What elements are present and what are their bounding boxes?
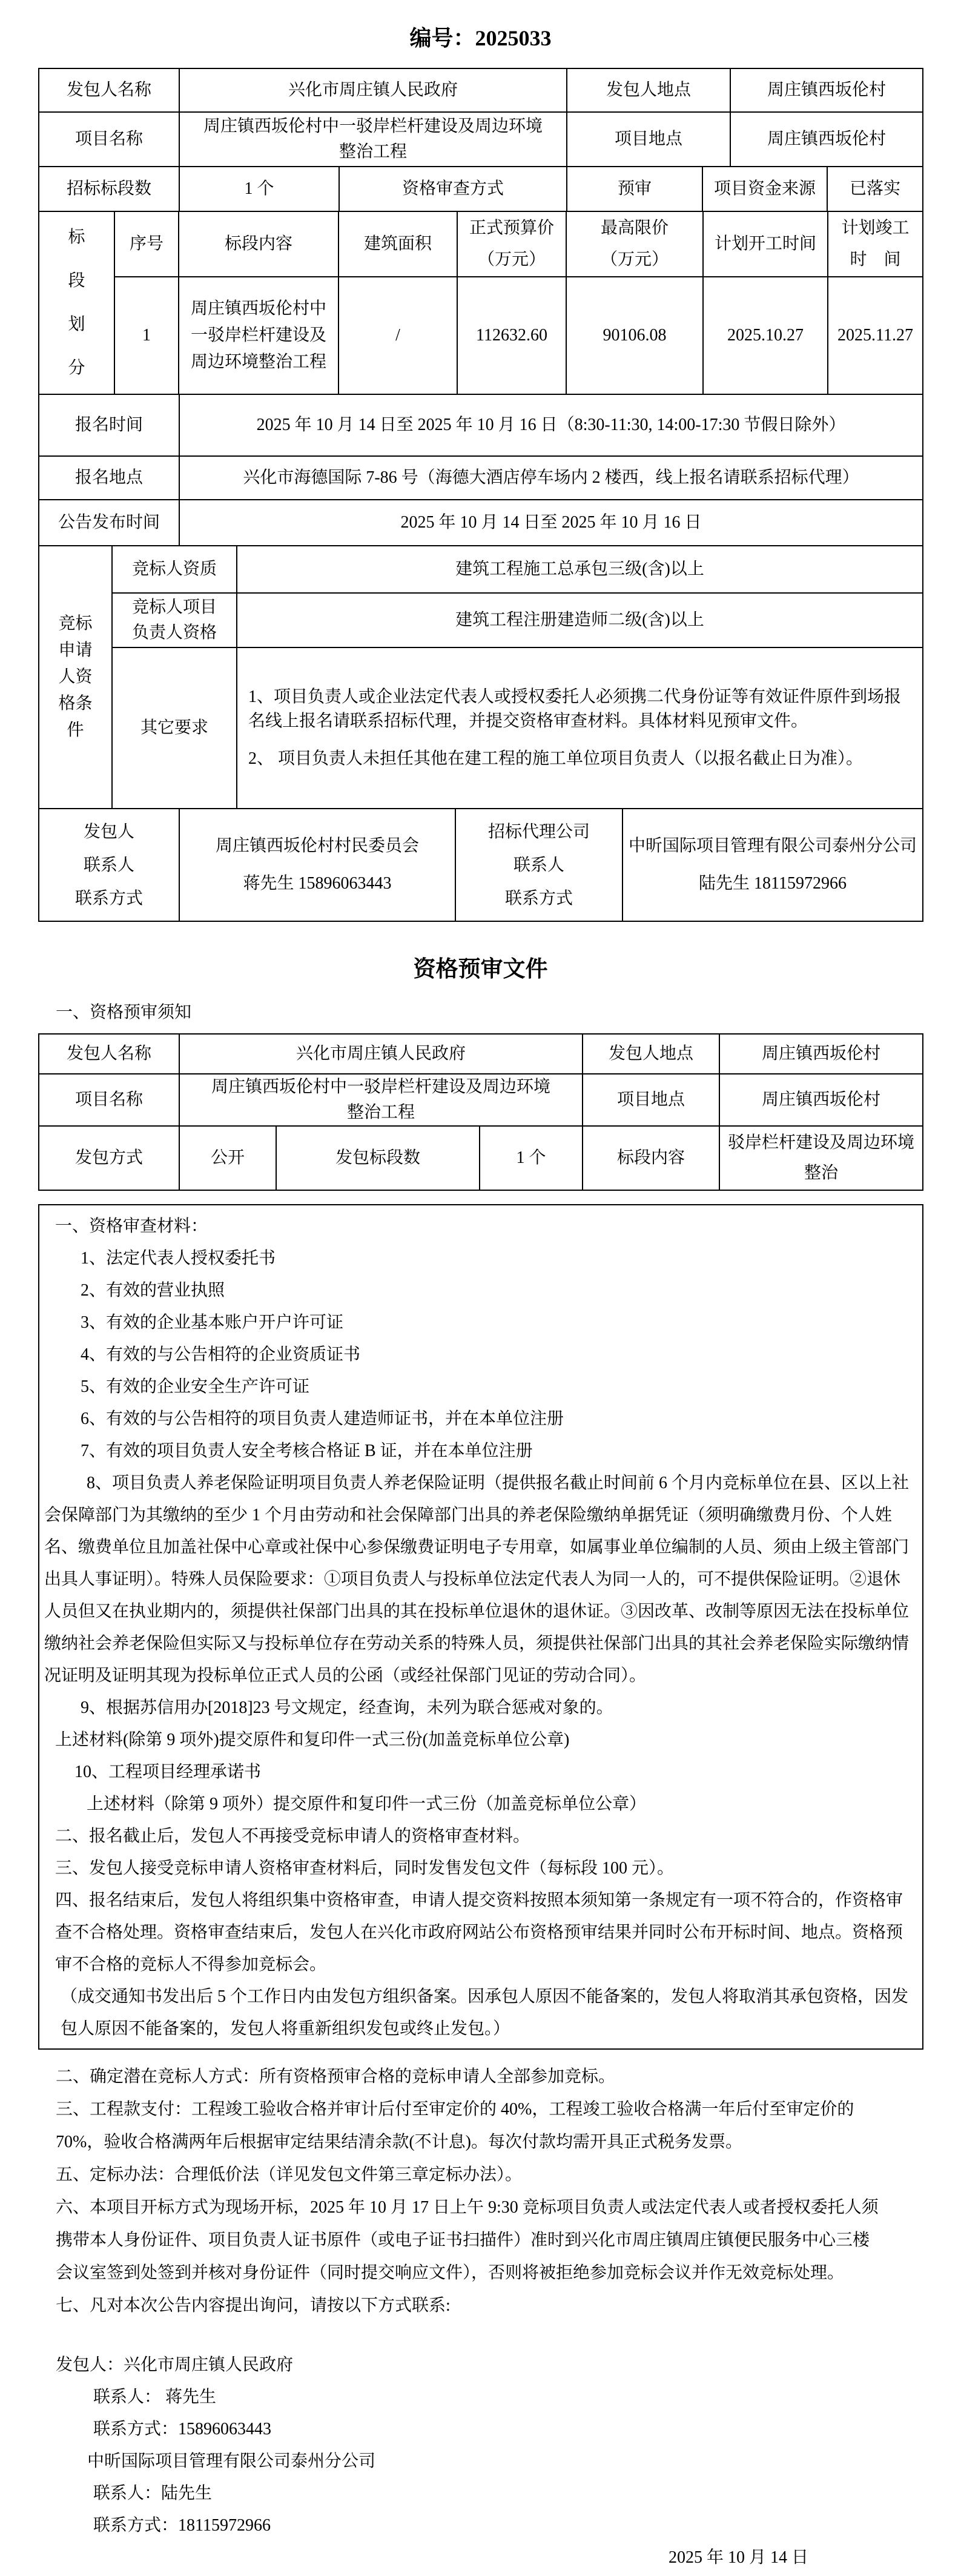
header-line: 正式预算价: [469, 213, 554, 244]
box-paragraph: 10、工程项目经理承诺书: [44, 1756, 915, 1788]
box-paragraph: 四、报名结束后，发包人将组织集中资格审查，申请人提交资料按照本须知第一条规定有一…: [44, 1884, 915, 1981]
section-content-header: 标段内容: [179, 212, 339, 276]
table-row: 公告发布时间 2025 年 10 月 14 日至 2025 年 10 月 16 …: [39, 500, 922, 546]
qualification-review-method-value: 预审: [567, 167, 703, 211]
seq-header: 序号: [115, 212, 179, 276]
footer-agency: 中昕国际项目管理有限公司泰州分公司: [56, 2445, 961, 2477]
employer-name-value: 兴化市周庄镇人民政府: [180, 1035, 583, 1073]
other-requirements-label: 其它要求: [113, 648, 237, 808]
employer-location-value: 周庄镇西坂伦村: [731, 69, 922, 111]
section-content-value: 驳岸栏杆建设及周边环境整治: [720, 1127, 922, 1190]
employer-location-value: 周庄镇西坂伦村: [720, 1035, 922, 1073]
table-row: 项目名称 周庄镇西坂伦村中一驳岸栏杆建设及周边环境整治工程 项目地点 周庄镇西坂…: [39, 1074, 922, 1127]
bidder-qualification-value: 建筑工程施工总承包三级(含)以上: [237, 546, 922, 592]
contract-method-label: 发包方式: [39, 1127, 180, 1190]
label-line: 联系人: [84, 849, 134, 882]
agency-contact-value: 中昕国际项目管理有限公司泰州分公司 陆先生 18115972966: [623, 809, 922, 921]
box-paragraph: 2、有效的营业执照: [44, 1274, 915, 1306]
employer-contact-label: 发包人 联系人 联系方式: [39, 809, 180, 921]
registration-place-value: 兴化市海德国际 7-86 号（海德大酒店停车场内 2 楼西，线上报名请联系招标代…: [180, 457, 922, 499]
announcement-period-value: 2025 年 10 月 14 日至 2025 年 10 月 16 日: [180, 500, 922, 545]
footer-contact-phone-2: 联系方式：18115972966: [56, 2509, 961, 2541]
project-name-label: 项目名称: [39, 1074, 180, 1125]
contract-section-count-label: 发包标段数: [277, 1127, 480, 1190]
vertical-label-char: 划: [68, 303, 85, 346]
box-paragraph: 8、项目负责人养老保险证明项目负责人养老保险证明（提供报名截止时间前 6 个月内…: [44, 1467, 915, 1692]
funding-source-label: 项目资金来源: [703, 167, 828, 211]
contract-section-count-value: 1 个: [480, 1127, 583, 1190]
qualification-materials-box: 一、资格审查材料： 1、法定代表人授权委托书 2、有效的营业执照 3、有效的企业…: [38, 1204, 923, 2050]
box-paragraph: （成交通知书发出后 5 个工作日内由发包方组织备案。因承包人原因不能备案的，发包…: [44, 1981, 915, 2045]
doc-date: 2025 年 10 月 14 日: [0, 2541, 961, 2574]
contact-line: 周庄镇西坂伦村村民委员会: [216, 827, 419, 865]
project-name-label: 项目名称: [39, 113, 180, 166]
box-paragraph: 4、有效的与公告相符的企业资质证书: [44, 1339, 915, 1371]
header-line: （万元）: [478, 244, 546, 276]
vertical-label-char: 分: [68, 346, 85, 390]
project-location-label: 项目地点: [583, 1074, 720, 1125]
body-paragraph: 三、工程款支付：工程竣工验收合格并审计后付至审定价的 40%，工程竣工验收合格满…: [56, 2093, 879, 2159]
registration-time-label: 报名时间: [39, 395, 180, 455]
other-requirements-value: 1、项目负责人或企业法定代表人或授权委托人必须携二代身份证等有效证件原件到场报名…: [237, 648, 922, 808]
box-paragraph: 三、发包人接受竞标申请人资格审查材料后，同时发售发包文件（每标段 100 元）。: [44, 1852, 915, 1884]
employer-name-value: 兴化市周庄镇人民政府: [180, 69, 567, 111]
project-location-value: 周庄镇西坂伦村: [731, 113, 922, 166]
requirement-paragraph: 2、 项目负责人未担任其他在建工程的施工单位项目负责人（以报名截止日为准）。: [248, 747, 863, 771]
box-paragraph: 二、报名截止后，发包人不再接受竞标申请人的资格审查材料。: [44, 1820, 915, 1852]
box-paragraph: 6、有效的与公告相符的项目负责人建造师证书，并在本单位注册: [44, 1403, 915, 1435]
footer-contact-person-1: 联系人： 蒋先生: [56, 2381, 961, 2413]
section-header-row: 序号 标段内容 建筑面积 正式预算价 （万元） 最高限价 （万元） 计划开工时间…: [115, 212, 922, 277]
vertical-label-pair: 人资: [58, 664, 92, 690]
project-manager-qualification-value: 建筑工程注册建造师二级(含)以上: [237, 594, 922, 647]
contact-line: 蒋先生 15896063443: [243, 865, 391, 902]
employer-name-label: 发包人名称: [39, 69, 180, 111]
label-line: 联系人: [514, 849, 564, 882]
employer-name-label: 发包人名称: [39, 1035, 180, 1073]
budget-price-header: 正式预算价 （万元）: [458, 212, 567, 276]
header-line: （万元）: [601, 244, 669, 276]
seq-value: 1: [115, 277, 179, 394]
box-paragraph: 3、有效的企业基本账户开户许可证: [44, 1306, 915, 1339]
budget-price-value: 112632.60: [458, 277, 567, 394]
header-line: 计划竣工: [841, 213, 909, 244]
floor-area-header: 建筑面积: [339, 212, 458, 276]
vertical-label-char: 标: [68, 216, 85, 259]
employer-location-label: 发包人地点: [567, 69, 731, 111]
section-division-vertical-label: 标 段 划 分: [39, 212, 115, 394]
bidder-qualification-rows: 竞标人资质 建筑工程施工总承包三级(含)以上 竞标人项目 负责人资格 建筑工程注…: [113, 546, 922, 808]
box-paragraph: 一、资格审查材料：: [44, 1210, 915, 1242]
vertical-label-char: 段: [68, 259, 85, 303]
planned-finish-header: 计划竣工 时 间: [828, 212, 922, 276]
label-line: 招标代理公司: [488, 815, 590, 849]
footer-employer: 发包人：兴化市周庄镇人民政府: [56, 2349, 961, 2381]
box-paragraph: 上述材料（除第 9 项外）提交原件和复印件一式三份（加盖竞标单位公章）: [44, 1788, 915, 1820]
floor-area-value: /: [339, 277, 458, 394]
box-paragraph: 7、有效的项目负责人安全考核合格证 B 证，并在本单位注册: [44, 1435, 915, 1467]
section-content-label: 标段内容: [583, 1127, 720, 1190]
vertical-label-pair: 件: [67, 717, 84, 744]
planned-start-header: 计划开工时间: [704, 212, 828, 276]
header-line: 时 间: [850, 244, 900, 276]
section-data-row: 1 周庄镇西坂伦村中一驳岸栏杆建设及周边环境整治工程 / 112632.60 9…: [115, 277, 922, 394]
label-line: 联系方式: [505, 882, 573, 915]
body-paragraph: 五、定标办法：合理低价法（详见发包文件第三章定标办法）。: [56, 2159, 879, 2191]
project-name-value: 周庄镇西坂伦村中一驳岸栏杆建设及周边环境整治工程: [180, 113, 567, 166]
registration-place-label: 报名地点: [39, 457, 180, 499]
registration-time-value: 2025 年 10 月 14 日至 2025 年 10 月 16 日（8:30-…: [180, 395, 922, 455]
table-row: 竞标人资质 建筑工程施工总承包三级(含)以上: [113, 546, 922, 594]
section-division-rows: 序号 标段内容 建筑面积 正式预算价 （万元） 最高限价 （万元） 计划开工时间…: [115, 212, 922, 394]
label-line: 联系方式: [75, 882, 143, 915]
notice-paragraphs: 二、确定潜在竞标人方式：所有资格预审合格的竞标申请人全部参加竞标。 三、工程款支…: [56, 2061, 879, 2322]
table-row: 报名时间 2025 年 10 月 14 日至 2025 年 10 月 16 日（…: [39, 395, 922, 457]
announcement-table: 发包人名称 兴化市周庄镇人民政府 发包人地点 周庄镇西坂伦村 项目名称 周庄镇西…: [38, 68, 923, 922]
label-line: 发包人: [84, 815, 134, 849]
table-row: 竞标人项目 负责人资格 建筑工程注册建造师二级(含)以上: [113, 594, 922, 648]
box-paragraph: 5、有效的企业安全生产许可证: [44, 1371, 915, 1403]
label-line: 负责人资格: [132, 620, 217, 646]
project-location-label: 项目地点: [567, 113, 731, 166]
contact-line: 中昕国际项目管理有限公司泰州分公司: [629, 827, 917, 865]
table-row: 招标标段数 1 个 资格审查方式 预审 项目资金来源 已落实: [39, 167, 922, 212]
vertical-label-pair: 申请: [58, 637, 92, 664]
document-page: 编号：2025033 发包人名称 兴化市周庄镇人民政府 发包人地点 周庄镇西坂伦…: [0, 0, 961, 2576]
contract-method-value: 公开: [180, 1127, 277, 1190]
table-row: 发包人名称 兴化市周庄镇人民政府 发包人地点 周庄镇西坂伦村: [39, 1035, 922, 1074]
table-row: 项目名称 周庄镇西坂伦村中一驳岸栏杆建设及周边环境整治工程 项目地点 周庄镇西坂…: [39, 113, 922, 167]
project-manager-qualification-label: 竞标人项目 负责人资格: [113, 594, 237, 647]
project-name-value: 周庄镇西坂伦村中一驳岸栏杆建设及周边环境整治工程: [180, 1074, 583, 1125]
prequalification-table: 发包人名称 兴化市周庄镇人民政府 发包人地点 周庄镇西坂伦村 项目名称 周庄镇西…: [38, 1033, 923, 1191]
footer-contacts: 发包人：兴化市周庄镇人民政府 联系人： 蒋先生 联系方式：15896063443…: [56, 2349, 961, 2541]
page-title: 资格预审文件: [0, 955, 961, 985]
header-line: 最高限价: [601, 213, 669, 244]
table-row: 发包人名称 兴化市周庄镇人民政府 发包人地点 周庄镇西坂伦村: [39, 69, 922, 113]
table-row: 发包方式 公开 发包标段数 1 个 标段内容 驳岸栏杆建设及周边环境整治: [39, 1127, 922, 1190]
footer-contact-person-2: 联系人：陆先生: [56, 2477, 961, 2509]
table-row: 报名地点 兴化市海德国际 7-86 号（海德大酒店停车场内 2 楼西，线上报名请…: [39, 457, 922, 500]
section-count-label: 招标标段数: [39, 167, 180, 211]
qualification-review-method-label: 资格审查方式: [340, 167, 567, 211]
planned-finish-value: 2025.11.27: [828, 277, 922, 394]
body-paragraph: 七、凡对本次公告内容提出询问，请按以下方式联系:: [56, 2290, 879, 2322]
bidder-qualification-group: 竞标 申请 人资 格条 件 竞标人资质 建筑工程施工总承包三级(含)以上 竞标人…: [39, 546, 922, 809]
box-paragraph: 9、根据苏信用办[2018]23 号文规定，经查询，未列为联合惩戒对象的。: [44, 1692, 915, 1724]
box-paragraph: 1、法定代表人授权委托书: [44, 1242, 915, 1274]
footer-contact-phone-1: 联系方式：15896063443: [56, 2413, 961, 2445]
section-heading: 一、资格预审须知: [56, 1001, 961, 1025]
body-paragraph: 二、确定潜在竞标人方式：所有资格预审合格的竞标申请人全部参加竞标。: [56, 2061, 879, 2093]
max-price-value: 90106.08: [567, 277, 704, 394]
body-paragraph: 六、本项目开标方式为现场开标，2025 年 10 月 17 日上午 9:30 竞…: [56, 2191, 879, 2290]
vertical-label-pair: 竞标: [58, 611, 92, 637]
section-content-value: 周庄镇西坂伦村中一驳岸栏杆建设及周边环境整治工程: [179, 277, 339, 394]
contact-row: 发包人 联系人 联系方式 周庄镇西坂伦村村民委员会 蒋先生 1589606344…: [39, 809, 922, 921]
box-paragraph: 上述材料(除第 9 项外)提交原件和复印件一式三份(加盖竞标单位公章): [44, 1724, 915, 1756]
contact-line: 陆先生 18115972966: [699, 865, 847, 902]
agency-contact-label: 招标代理公司 联系人 联系方式: [456, 809, 623, 921]
employer-contact-value: 周庄镇西坂伦村村民委员会 蒋先生 15896063443: [180, 809, 456, 921]
announcement-period-label: 公告发布时间: [39, 500, 180, 545]
table-row: 其它要求 1、项目负责人或企业法定代表人或授权委托人必须携二代身份证等有效证件原…: [113, 648, 922, 808]
doc-number: 编号：2025033: [0, 0, 961, 53]
requirement-paragraph: 1、项目负责人或企业法定代表人或授权委托人必须携二代身份证等有效证件原件到场报名…: [248, 685, 911, 733]
funding-source-value: 已落实: [828, 167, 922, 211]
project-location-value: 周庄镇西坂伦村: [720, 1074, 922, 1125]
section-division-group: 标 段 划 分 序号 标段内容 建筑面积 正式预算价 （万元） 最高限价 （万元…: [39, 212, 922, 395]
vertical-label-pair: 格条: [58, 690, 92, 717]
label-line: 竞标人项目: [132, 595, 217, 620]
bidder-qualification-vertical-label: 竞标 申请 人资 格条 件: [39, 546, 113, 808]
section-count-value: 1 个: [180, 167, 340, 211]
employer-location-label: 发包人地点: [583, 1035, 720, 1073]
max-price-header: 最高限价 （万元）: [567, 212, 704, 276]
bidder-qualification-label: 竞标人资质: [113, 546, 237, 592]
planned-start-value: 2025.10.27: [704, 277, 828, 394]
